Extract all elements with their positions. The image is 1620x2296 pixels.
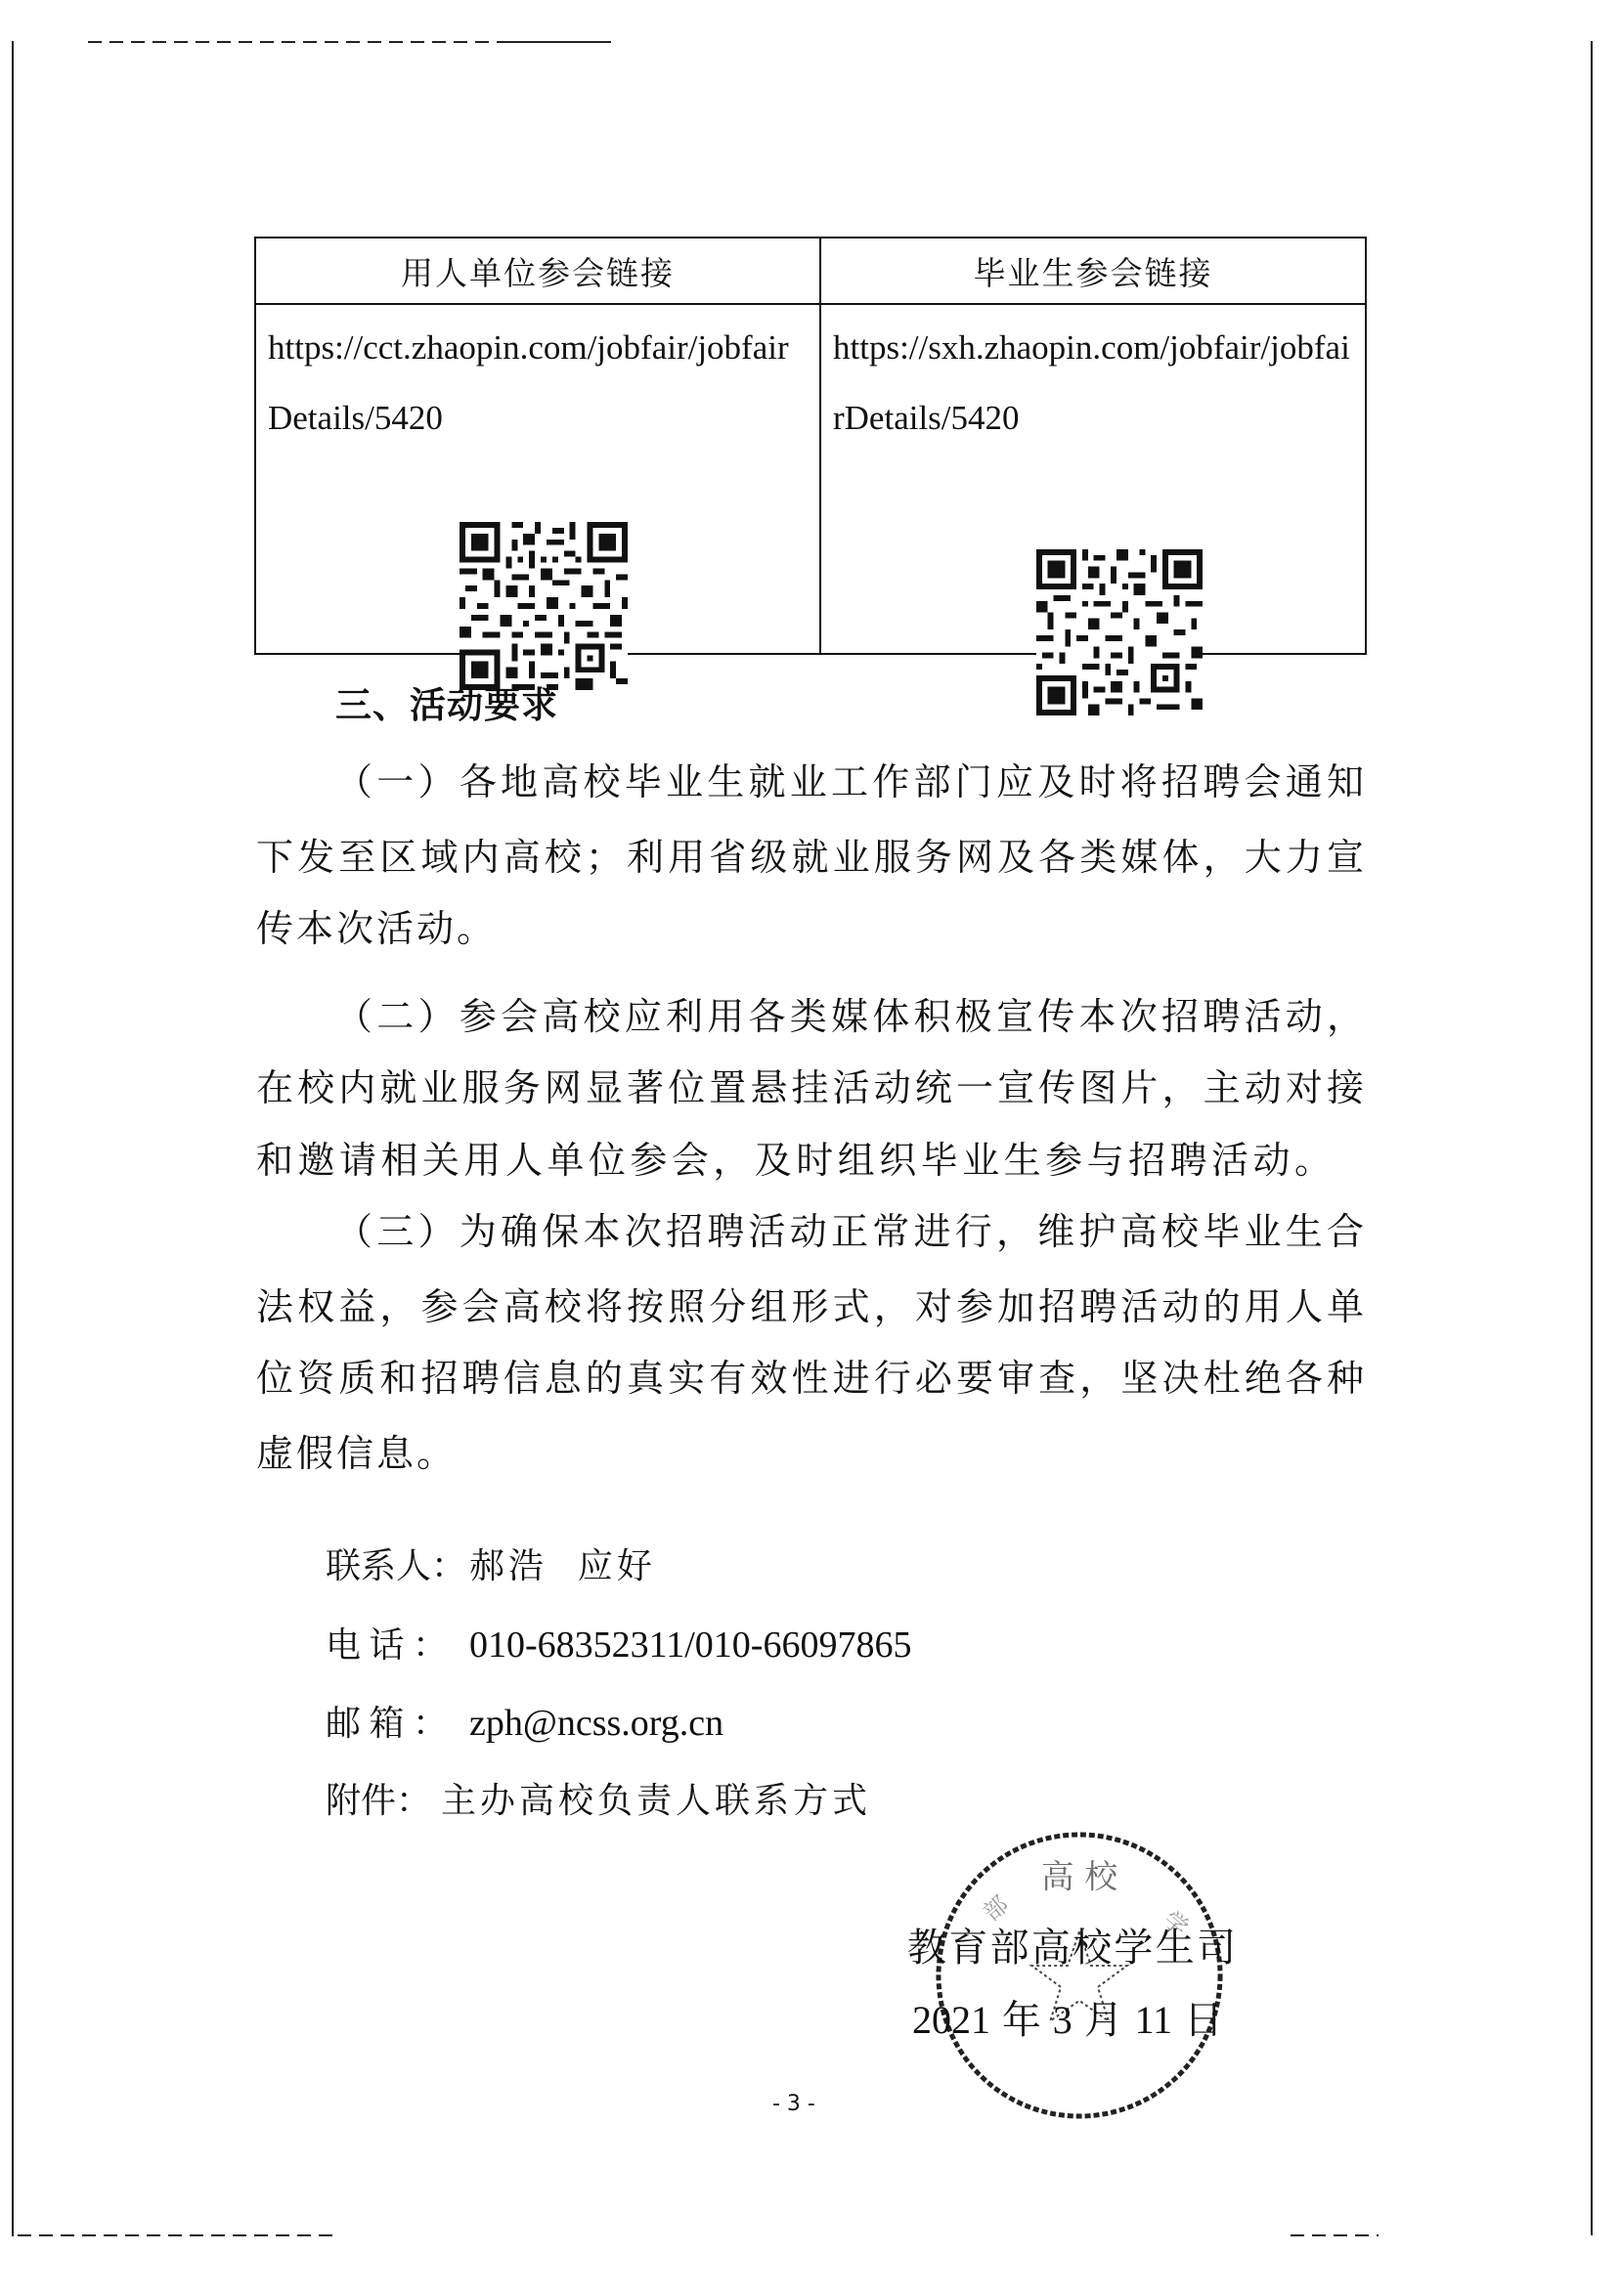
paragraph-3-line-3: 位资质和招聘信息的真实有效性进行必要审查，坚决杜绝各种 — [256, 1354, 1364, 1403]
contact-phone-row: 电话：010-68352311/010-66097865 — [326, 1621, 911, 1670]
paragraph-2-line-1: （二）参会高校应利用各类媒体积极宣传本次招聘活动， — [335, 992, 1364, 1041]
contact-person-label: 联系人： — [326, 1542, 469, 1591]
paragraph-1-line-2: 下发至区域内高校；利用省级就业服务网及各类媒体，大力宣 — [256, 833, 1364, 882]
scan-mark-top-solid — [508, 41, 611, 43]
issuing-organization: 教育部高校学生司 — [907, 1924, 1236, 1972]
paragraph-2-line-2: 在校内就业服务网显著位置悬挂活动统一宣传图片，主动对接 — [256, 1063, 1364, 1112]
registration-links-table: 用人单位参会链接 毕业生参会链接 https://cct.zhaopin.com… — [254, 237, 1367, 655]
issue-date: 2021年3月11日 — [912, 1996, 1223, 2045]
table-header-employer: 用人单位参会链接 — [256, 238, 821, 305]
official-seal-icon: 高 校 部 学 — [932, 1830, 1227, 2121]
svg-text:部: 部 — [978, 1890, 1013, 1927]
graduate-link-cell: https://sxh.zhaopin.com/jobfair/jobfairD… — [821, 305, 1365, 653]
attachment-label: 附件： — [326, 1777, 441, 1826]
scan-mark-bottom-right — [1291, 2234, 1379, 2236]
section-heading: 三、活动要求 — [335, 681, 558, 730]
contact-phone-value[interactable]: 010-68352311/010-66097865 — [469, 1625, 911, 1666]
graduate-qr-code — [1036, 549, 1203, 715]
table-header-graduate: 毕业生参会链接 — [821, 238, 1365, 305]
paragraph-3-line-2: 法权益，参会高校将按照分组形式，对参加招聘活动的用人单 — [256, 1282, 1364, 1331]
contact-email-value[interactable]: zph@ncss.org.cn — [469, 1703, 723, 1744]
qr-code-icon[interactable] — [460, 522, 628, 690]
contact-email-row: 邮箱：zph@ncss.org.cn — [326, 1699, 723, 1749]
graduate-link[interactable]: https://sxh.zhaopin.com/jobfair/jobfairD… — [833, 313, 1357, 454]
table-header-graduate-label: 毕业生参会链接 — [974, 248, 1213, 294]
paragraph-1-line-3: 传本次活动。 — [256, 904, 1364, 953]
paragraph-3-line-4: 虚假信息。 — [256, 1429, 1364, 1478]
table-header-employer-label: 用人单位参会链接 — [401, 248, 675, 294]
contact-person-value: 郝浩 应好 — [469, 1546, 656, 1586]
scan-edge-right — [1591, 41, 1593, 2235]
employer-link-cell: https://cct.zhaopin.com/jobfair/jobfairD… — [256, 305, 821, 653]
paragraph-3-line-1: （三）为确保本次招聘活动正常进行，维护高校毕业生合 — [335, 1207, 1364, 1256]
scan-mark-bottom — [18, 2234, 340, 2236]
page-number: - 3 - — [772, 2090, 815, 2119]
contact-person-row: 联系人：郝浩 应好 — [326, 1542, 656, 1591]
attachment-value: 主办高校负责人联系方式 — [441, 1781, 871, 1821]
paragraph-2-line-3: 和邀请相关用人单位参会，及时组织毕业生参与招聘活动。 — [256, 1136, 1332, 1185]
svg-text:高 校: 高 校 — [1041, 1858, 1118, 1896]
employer-qr-code — [460, 522, 628, 690]
qr-code-icon[interactable] — [1036, 549, 1203, 715]
contact-phone-label: 电话： — [326, 1622, 448, 1670]
paragraph-1-line-1: （一）各地高校毕业生就业工作部门应及时将招聘会通知 — [335, 758, 1364, 806]
employer-link[interactable]: https://cct.zhaopin.com/jobfair/jobfairD… — [268, 313, 811, 454]
contact-email-label: 邮箱： — [326, 1700, 448, 1749]
scan-mark-top — [88, 41, 538, 43]
attachment-row: 附件：主办高校负责人联系方式 — [326, 1777, 871, 1826]
scan-edge-left — [12, 41, 14, 2236]
